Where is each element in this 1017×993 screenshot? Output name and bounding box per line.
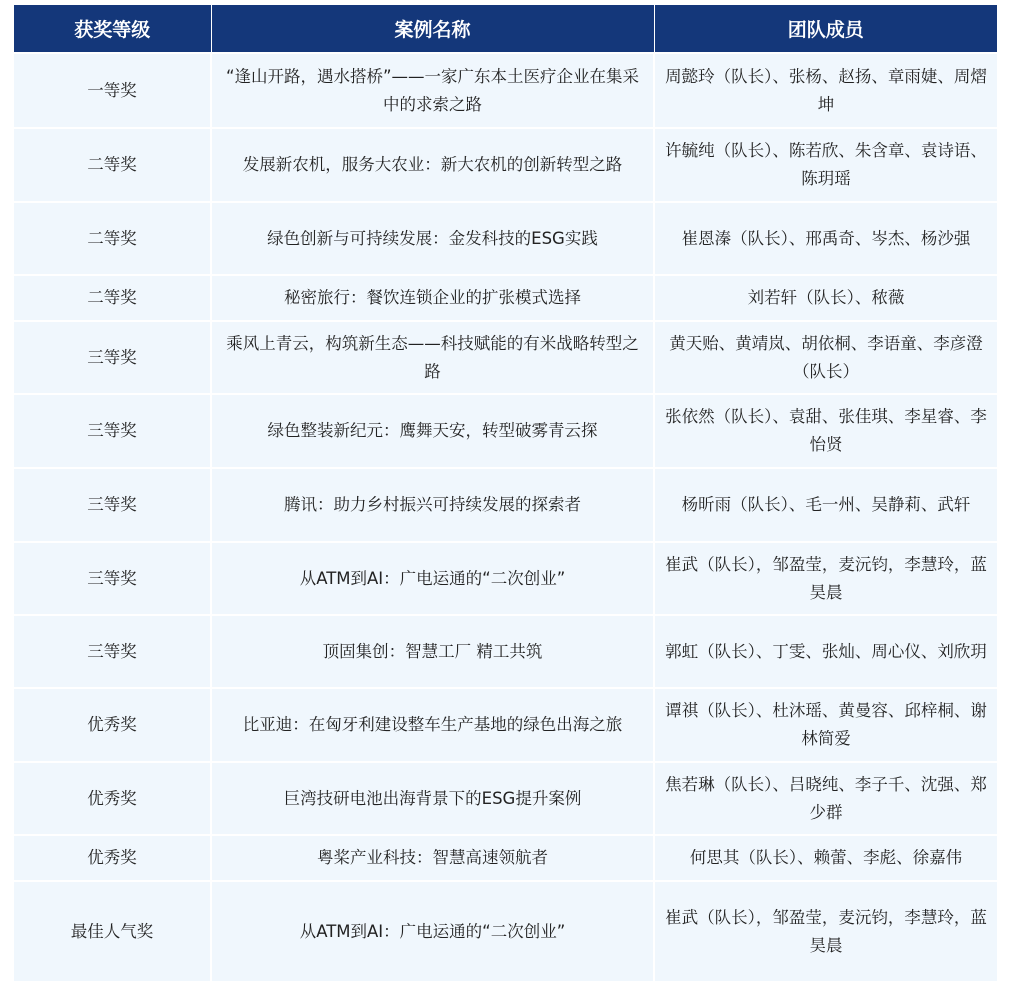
awards-table: 获奖等级 案例名称 团队成员 一等奖“逢山开路，遇水搭桥”——一家广东本土医疗企… [14, 5, 997, 981]
table-body: 一等奖“逢山开路，遇水搭桥”——一家广东本土医疗企业在集采中的求索之路周懿玲（队… [14, 53, 997, 981]
table-row: 二等奖绿色创新与可持续发展：金发科技的ESG实践崔恩溱（队长）、邢禹奇、岑杰、杨… [14, 202, 997, 275]
team-members-cell: 刘若轩（队长）、秾薇 [654, 275, 997, 321]
case-name-cell: 从ATM到AI：广电运通的“二次创业” [211, 881, 654, 981]
team-members-cell: 焦若琳（队长）、吕晓纯、李子千、沈强、郑少群 [654, 762, 997, 835]
case-name-cell: 巨湾技研电池出海背景下的ESG提升案例 [211, 762, 654, 835]
header-row: 获奖等级 案例名称 团队成员 [14, 5, 997, 53]
award-level-cell: 三等奖 [14, 468, 211, 542]
award-level-cell: 优秀奖 [14, 762, 211, 835]
case-name-cell: 绿色创新与可持续发展：金发科技的ESG实践 [211, 202, 654, 275]
award-level-cell: 三等奖 [14, 542, 211, 615]
team-members-cell: 杨昕雨（队长）、毛一州、吴静莉、武轩 [654, 468, 997, 542]
case-name-cell: 绿色整装新纪元：鹰舞天安，转型破雾青云探 [211, 394, 654, 468]
table-row: 三等奖顶固集创：智慧工厂 精工共筑郭虹（队长）、丁雯、张灿、周心仪、刘欣玥 [14, 615, 997, 688]
table-header: 获奖等级 案例名称 团队成员 [14, 5, 997, 53]
team-members-cell: 周懿玲（队长）、张杨、赵扬、章雨婕、周熠坤 [654, 53, 997, 128]
header-team-members: 团队成员 [654, 5, 997, 53]
award-level-cell: 二等奖 [14, 202, 211, 275]
header-case-name: 案例名称 [211, 5, 654, 53]
award-level-cell: 一等奖 [14, 53, 211, 128]
table-row: 优秀奖比亚迪：在匈牙利建设整车生产基地的绿色出海之旅谭祺（队长）、杜沐瑶、黄曼容… [14, 688, 997, 762]
table-row: 一等奖“逢山开路，遇水搭桥”——一家广东本土医疗企业在集采中的求索之路周懿玲（队… [14, 53, 997, 128]
award-level-cell: 三等奖 [14, 321, 211, 394]
case-name-cell: 秘密旅行：餐饮连锁企业的扩张模式选择 [211, 275, 654, 321]
case-name-cell: 顶固集创：智慧工厂 精工共筑 [211, 615, 654, 688]
team-members-cell: 郭虹（队长）、丁雯、张灿、周心仪、刘欣玥 [654, 615, 997, 688]
case-name-cell: 从ATM到AI：广电运通的“二次创业” [211, 542, 654, 615]
table-row: 三等奖乘风上青云，构筑新生态——科技赋能的有米战略转型之路黄天贻、黄靖岚、胡依桐… [14, 321, 997, 394]
table-row: 三等奖腾讯：助力乡村振兴可持续发展的探索者杨昕雨（队长）、毛一州、吴静莉、武轩 [14, 468, 997, 542]
team-members-cell: 崔武（队长），邹盈莹，麦沅钧，李慧玲，蓝昊晨 [654, 542, 997, 615]
case-name-cell: 比亚迪：在匈牙利建设整车生产基地的绿色出海之旅 [211, 688, 654, 762]
team-members-cell: 谭祺（队长）、杜沐瑶、黄曼容、邱梓桐、谢林简爱 [654, 688, 997, 762]
award-level-cell: 最佳人气奖 [14, 881, 211, 981]
table-row: 三等奖从ATM到AI：广电运通的“二次创业”崔武（队长），邹盈莹，麦沅钧，李慧玲… [14, 542, 997, 615]
team-members-cell: 崔恩溱（队长）、邢禹奇、岑杰、杨沙强 [654, 202, 997, 275]
table-row: 优秀奖粤桨产业科技：智慧高速领航者何思其（队长）、赖蕾、李彪、徐嘉伟 [14, 835, 997, 881]
team-members-cell: 崔武（队长），邹盈莹，麦沅钧，李慧玲，蓝昊晨 [654, 881, 997, 981]
table-row: 二等奖秘密旅行：餐饮连锁企业的扩张模式选择刘若轩（队长）、秾薇 [14, 275, 997, 321]
table-row: 二等奖发展新农机，服务大农业：新大农机的创新转型之路许毓纯（队长）、陈若欣、朱含… [14, 128, 997, 202]
award-level-cell: 三等奖 [14, 394, 211, 468]
table-row: 三等奖绿色整装新纪元：鹰舞天安，转型破雾青云探张依然（队长）、袁甜、张佳琪、李星… [14, 394, 997, 468]
team-members-cell: 何思其（队长）、赖蕾、李彪、徐嘉伟 [654, 835, 997, 881]
award-level-cell: 二等奖 [14, 128, 211, 202]
case-name-cell: “逢山开路，遇水搭桥”——一家广东本土医疗企业在集采中的求索之路 [211, 53, 654, 128]
case-name-cell: 发展新农机，服务大农业：新大农机的创新转型之路 [211, 128, 654, 202]
table-row: 最佳人气奖从ATM到AI：广电运通的“二次创业”崔武（队长），邹盈莹，麦沅钧，李… [14, 881, 997, 981]
team-members-cell: 黄天贻、黄靖岚、胡依桐、李语童、李彦澄（队长） [654, 321, 997, 394]
case-name-cell: 乘风上青云，构筑新生态——科技赋能的有米战略转型之路 [211, 321, 654, 394]
award-level-cell: 二等奖 [14, 275, 211, 321]
team-members-cell: 许毓纯（队长）、陈若欣、朱含章、袁诗语、陈玥瑶 [654, 128, 997, 202]
table-row: 优秀奖巨湾技研电池出海背景下的ESG提升案例焦若琳（队长）、吕晓纯、李子千、沈强… [14, 762, 997, 835]
team-members-cell: 张依然（队长）、袁甜、张佳琪、李星睿、李怡贤 [654, 394, 997, 468]
case-name-cell: 腾讯：助力乡村振兴可持续发展的探索者 [211, 468, 654, 542]
award-level-cell: 三等奖 [14, 615, 211, 688]
case-name-cell: 粤桨产业科技：智慧高速领航者 [211, 835, 654, 881]
award-level-cell: 优秀奖 [14, 835, 211, 881]
award-level-cell: 优秀奖 [14, 688, 211, 762]
header-award-level: 获奖等级 [14, 5, 211, 53]
